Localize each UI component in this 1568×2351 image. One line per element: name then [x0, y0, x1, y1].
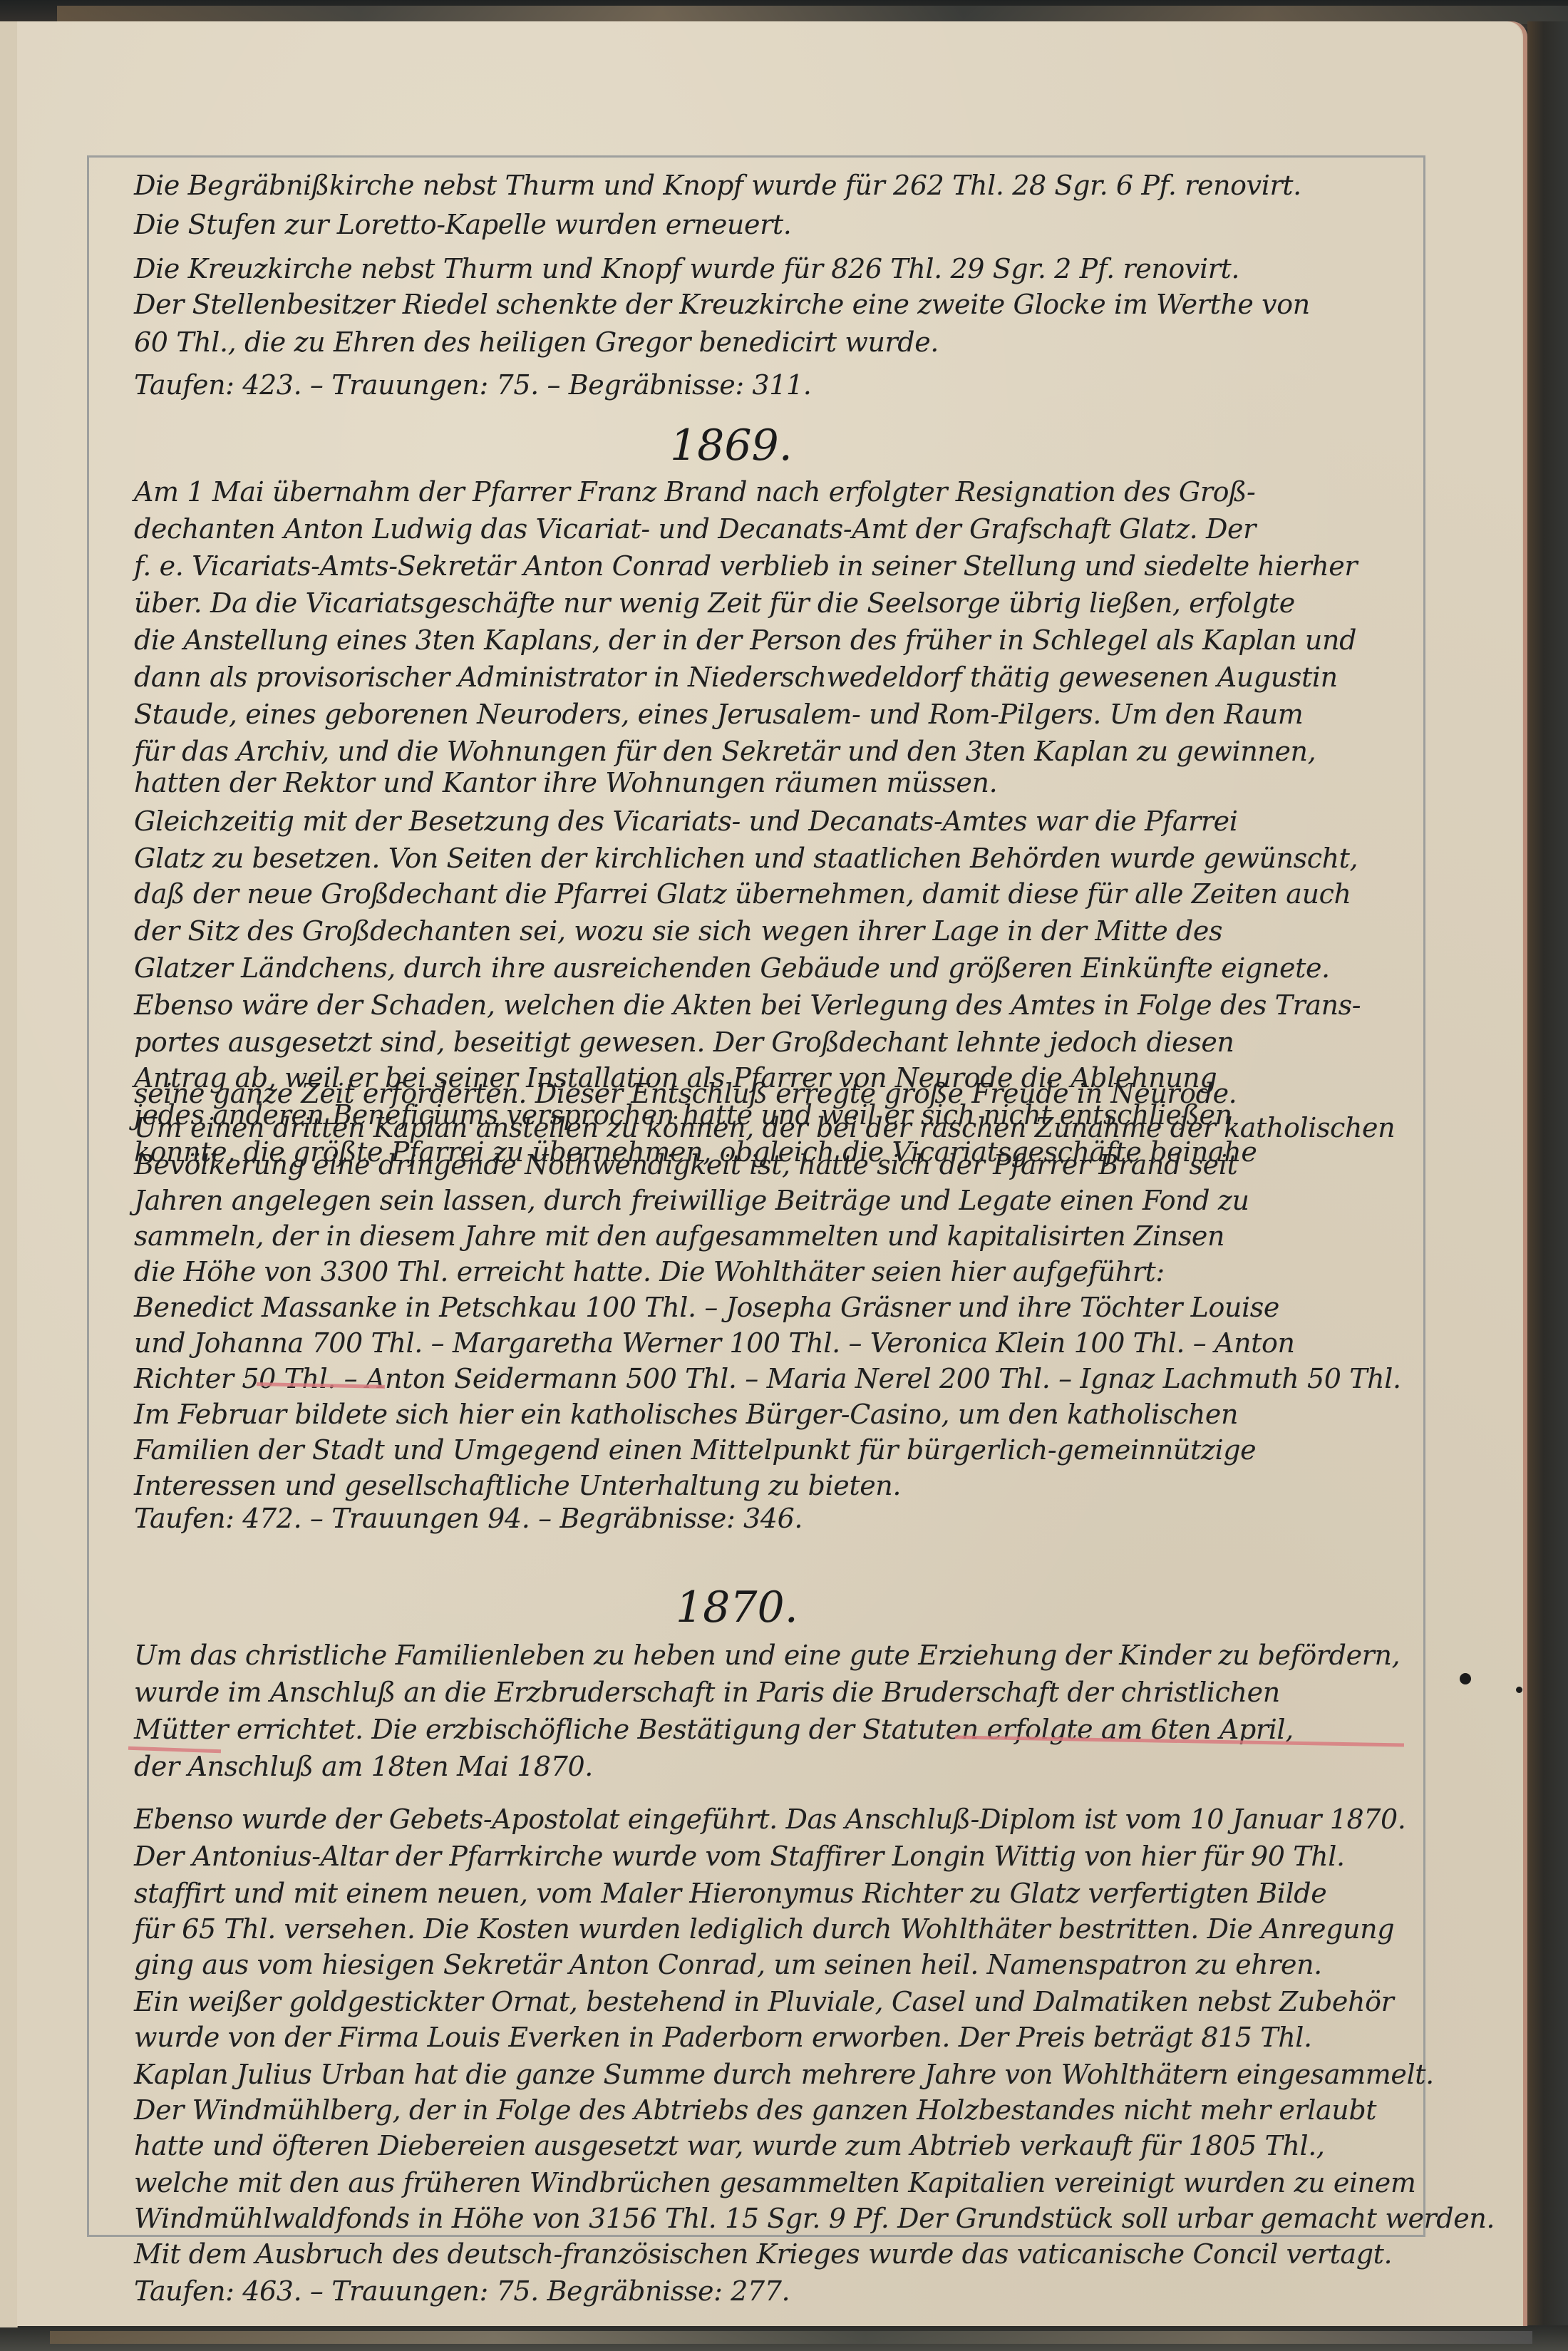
- text-line: Ebenso wurde der Gebets-Apostolat eingef…: [134, 1804, 1406, 1835]
- text-line: die Höhe von 3300 Thl. erreicht hatte. D…: [134, 1256, 1165, 1287]
- text-line: welche mit den aus früheren Windbrüchen …: [134, 2167, 1415, 2198]
- text-line: Glatzer Ländchens, durch ihre ausreichen…: [134, 952, 1330, 984]
- text-line: Interessen und gesellschaftliche Unterha…: [134, 1470, 901, 1501]
- text-line: Staude, eines geborenen Neuroders, eines…: [134, 699, 1303, 730]
- text-line: Glatz zu besetzen. Von Seiten der kirchl…: [134, 843, 1358, 874]
- text-line: dann als provisorischer Administrator in…: [134, 662, 1338, 693]
- text-line: Im Februar bildete sich hier ein katholi…: [134, 1399, 1238, 1430]
- text-line: Die Kreuzkirche nebst Thurm und Knopf wu…: [134, 253, 1239, 284]
- donor-line: Benedict Massanke in Petschkau 100 Thl. …: [134, 1292, 1279, 1323]
- text-line: 60 Thl., die zu Ehren des heiligen Grego…: [134, 326, 939, 358]
- text-line: Jahren angelegen sein lassen, durch frei…: [134, 1185, 1249, 1216]
- text-line: Gleichzeitig mit der Besetzung des Vicar…: [134, 806, 1238, 837]
- text-line: hatte und öfteren Diebereien ausgesetzt …: [134, 2130, 1325, 2161]
- donor-line: Richter 50 Thl. – Anton Seidermann 500 T…: [134, 1363, 1401, 1394]
- text-line: daß der neue Großdechant die Pfarrei Gla…: [134, 878, 1351, 910]
- text-line: seine ganze Zeit erforderten. Dieser Ent…: [134, 1078, 1237, 1109]
- text-line: staffirt und mit einem neuen, vom Maler …: [134, 1878, 1326, 1909]
- stats-line: Taufen: 423. – Trauungen: 75. – Begräbni…: [134, 369, 811, 401]
- text-line: Die Begräbnißkirche nebst Thurm und Knop…: [134, 170, 1301, 201]
- text-line: Ebenso wäre der Schaden, welchen die Akt…: [134, 989, 1361, 1021]
- text-line: über. Da die Vicariatsgeschäfte nur weni…: [134, 587, 1295, 619]
- text-line: Um das christliche Familienleben zu hebe…: [134, 1640, 1400, 1671]
- previous-page-edge: [0, 21, 18, 2327]
- stats-line: Taufen: 472. – Trauungen 94. – Begräbnis…: [134, 1503, 803, 1534]
- text-line: Mit dem Ausbruch des deutsch-französisch…: [134, 2238, 1392, 2270]
- book-cover-right: [1527, 21, 1568, 2351]
- text-line: der Sitz des Großdechanten sei, wozu sie…: [134, 915, 1222, 947]
- text-line: Kaplan Julius Urban hat die ganze Summe …: [134, 2059, 1434, 2090]
- text-line: für das Archiv, und die Wohnungen für de…: [134, 736, 1316, 767]
- text-line: Die Stufen zur Loretto-Kapelle wurden er…: [134, 209, 791, 240]
- text-line: Der Antonius-Altar der Pfarrkirche wurde…: [134, 1841, 1345, 1872]
- text-line: Der Windmühlberg, der in Folge des Abtri…: [134, 2094, 1376, 2126]
- text-line: Bevölkerung eine dringende Nothwendigkei…: [134, 1149, 1237, 1180]
- text-line: Der Stellenbesitzer Riedel schenkte der …: [134, 289, 1310, 320]
- text-line: ging aus vom hiesigen Sekretär Anton Con…: [134, 1949, 1322, 1980]
- text-line: wurde von der Firma Louis Everken in Pad…: [134, 2022, 1312, 2053]
- text-line: Um einen dritten Kaplan anstellen zu kön…: [134, 1112, 1395, 1143]
- text-line: der Anschluß am 18ten Mai 1870.: [134, 1751, 593, 1782]
- text-line: Windmühlwaldfonds in Höhe von 3156 Thl. …: [134, 2203, 1495, 2234]
- year-heading: 1870.: [676, 1583, 798, 1632]
- text-line: portes ausgesetzt sind, beseitigt gewese…: [134, 1027, 1234, 1058]
- donor-line: und Johanna 700 Thl. – Margaretha Werner…: [134, 1327, 1295, 1359]
- text-line: dechanten Anton Ludwig das Vicariat- und…: [134, 513, 1256, 545]
- text-line: Familien der Stadt und Umgegend einen Mi…: [134, 1434, 1256, 1466]
- text-line: Ein weißer goldgestickter Ornat, bestehe…: [134, 1986, 1393, 2017]
- text-line: sammeln, der in diesem Jahre mit den auf…: [134, 1220, 1224, 1252]
- text-line: die Anstellung eines 3ten Kaplans, der i…: [134, 624, 1356, 656]
- stats-line: Taufen: 463. – Trauungen: 75. Begräbniss…: [134, 2275, 790, 2307]
- text-line: für 65 Thl. versehen. Die Kosten wurden …: [134, 1913, 1394, 1945]
- text-line: f. e. Vicariats-Amts-Sekretär Anton Conr…: [134, 550, 1357, 582]
- year-heading: 1869.: [670, 421, 793, 470]
- ink-blot: [1460, 1673, 1471, 1684]
- ink-blot: [1516, 1687, 1522, 1693]
- text-line: wurde im Anschluß an die Erzbruderschaft…: [134, 1677, 1280, 1708]
- worn-cover-edge-bottom: [50, 2331, 1532, 2344]
- text-line: Am 1 Mai übernahm der Pfarrer Franz Bran…: [134, 476, 1255, 508]
- text-line: hatten der Rektor und Kantor ihre Wohnun…: [134, 767, 997, 798]
